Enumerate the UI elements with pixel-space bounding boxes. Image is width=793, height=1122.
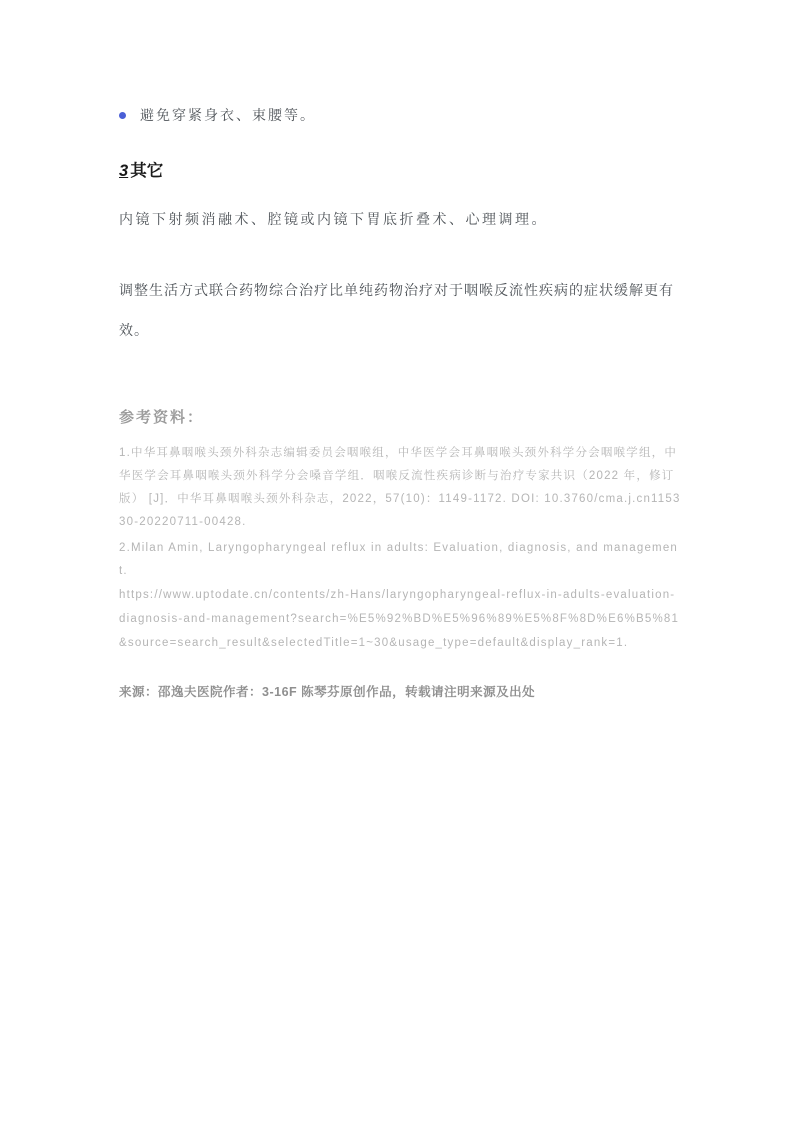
section-heading: 3其它 [119, 160, 681, 182]
bullet-dot-icon [119, 112, 126, 119]
body-paragraph-conclusion: 调整生活方式联合药物综合治疗比单纯药物治疗对于咽喉反流性疾病的症状缓解更有效。 [119, 270, 681, 350]
section-heading-title: 其它 [130, 162, 163, 180]
reference-url: https://www.uptodate.cn/contents/zh-Hans… [119, 583, 681, 655]
references-heading: 参考资料： [119, 407, 681, 428]
article-page: 避免穿紧身衣、束腰等。 3其它 内镜下射频消融术、腔镜或内镜下胃底折叠术、心理调… [0, 0, 793, 1122]
bullet-list-item: 避免穿紧身衣、束腰等。 [119, 104, 681, 126]
reference-item-1: 1.中华耳鼻咽喉头颈外科杂志编辑委员会咽喉组，中华医学会耳鼻咽喉头颈外科学分会咽… [119, 442, 681, 534]
body-paragraph-treatments: 内镜下射频消融术、腔镜或内镜下胃底折叠术、心理调理。 [119, 208, 681, 230]
bullet-item-text: 避免穿紧身衣、束腰等。 [140, 104, 316, 126]
reference-item-2: 2.Milan Amin, Laryngopharyngeal reflux i… [119, 537, 681, 583]
source-attribution: 来源：邵逸夫医院作者：3-16F 陈琴芬原创作品，转载请注明来源及出处 [119, 683, 681, 701]
section-heading-number: 3 [119, 162, 130, 180]
